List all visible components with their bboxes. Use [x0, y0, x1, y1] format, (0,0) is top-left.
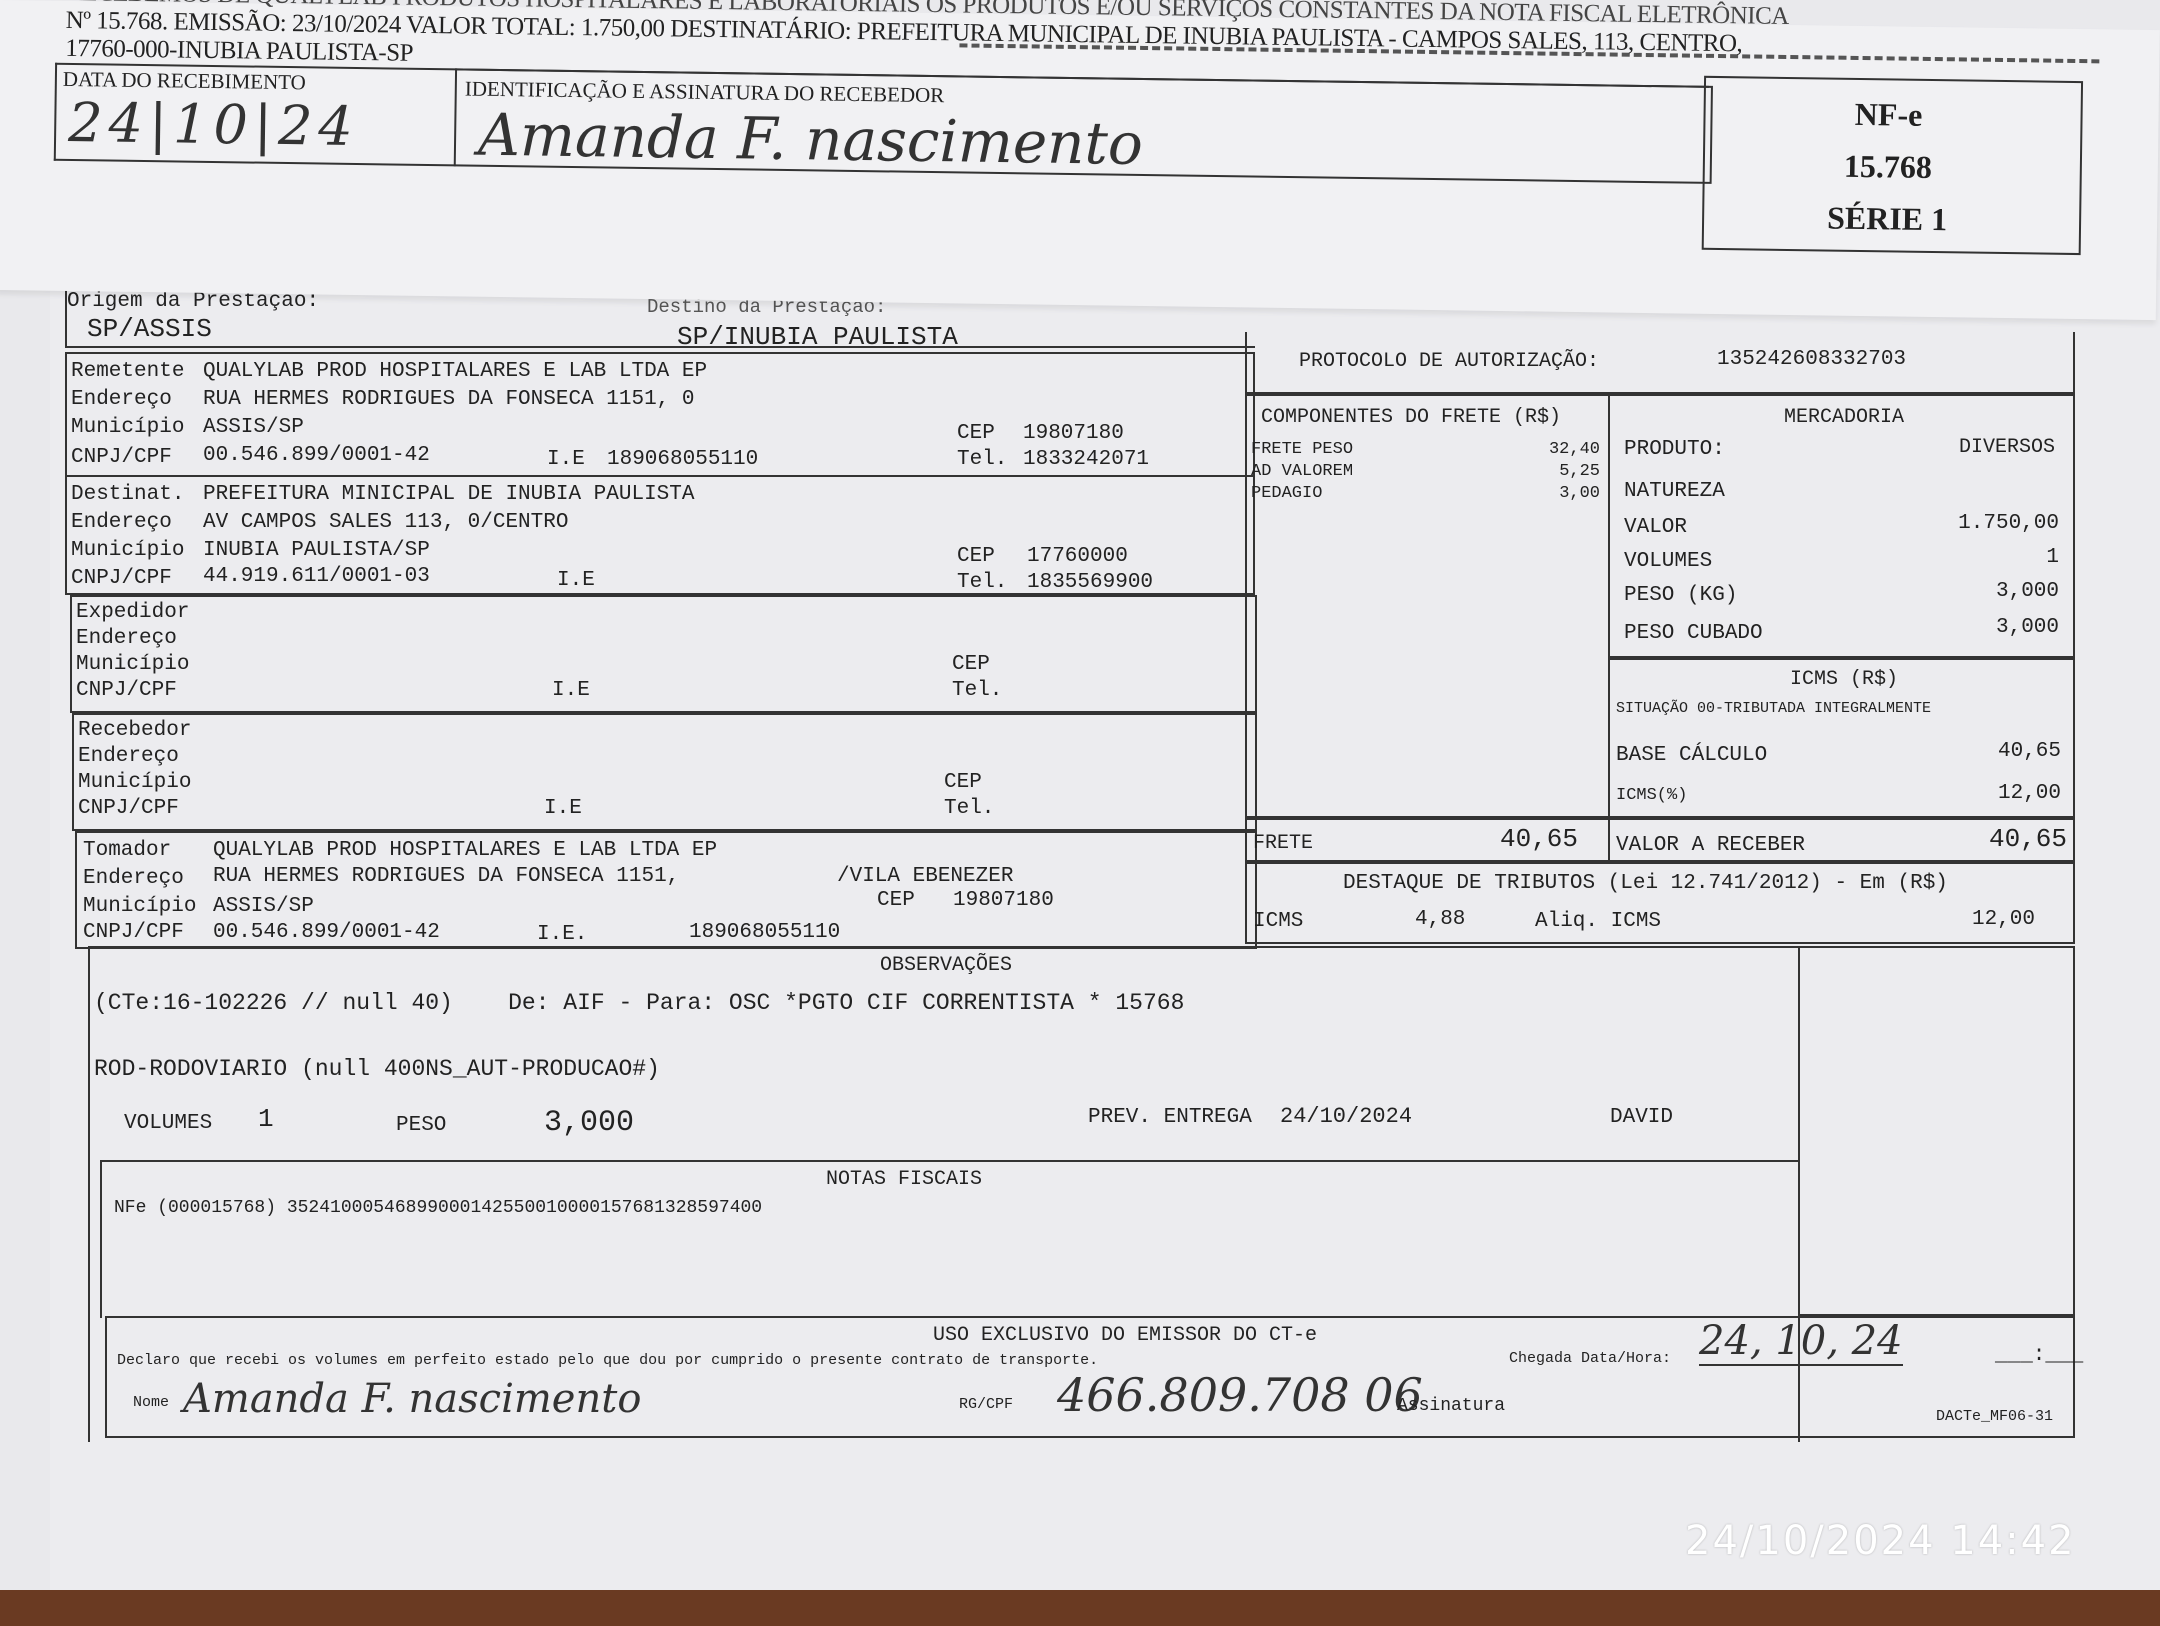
cnpj-label: CNPJ/CPF	[71, 446, 172, 469]
remetente-municipio: ASSIS/SP	[203, 416, 304, 439]
protocolo-value: 135242608332703	[1717, 348, 1906, 371]
nome-label: Nome	[133, 1394, 169, 1411]
protocolo-box: PROTOCOLO DE AUTORIZAÇÃO: 13524260833270…	[1245, 332, 2075, 394]
endereco-label: Endereço	[71, 388, 172, 411]
chegada-label: Chegada Data/Hora:	[1509, 1350, 1671, 1367]
destino-value: SP/INUBIA PAULISTA	[677, 322, 958, 352]
tomador-nome: QUALYLAB PROD HOSPITALARES E LAB LTDA EP	[213, 839, 717, 862]
prev-entrega-label: PREV. ENTREGA	[1088, 1106, 1252, 1129]
component-value: 5,25	[1559, 462, 1600, 481]
observacoes-line-1: (CTe:16-102226 // null 40) De: AIF - Par…	[94, 990, 1184, 1016]
frete-label: FRETE	[1253, 832, 1313, 855]
icms-box: ICMS (R$) SITUAÇÃO 00-TRIBUTADA INTEGRAL…	[1608, 658, 2075, 818]
nfe-identifier: NF-e 15.768 SÉRIE 1	[1707, 86, 2069, 241]
origem-value: SP/ASSIS	[87, 314, 212, 344]
wood-surface	[0, 1590, 2160, 1626]
icms-aliq-value: 12,00	[1998, 782, 2061, 805]
nfe-title: NF-e	[1708, 86, 2069, 143]
tomador-endereco: RUA HERMES RODRIGUES DA FONSECA 1151,	[213, 865, 679, 888]
natureza-label: NATUREZA	[1624, 480, 1725, 503]
tomador-label: Tomador	[83, 839, 171, 862]
emissor-title: USO EXCLUSIVO DO EMISSOR DO CT-e	[933, 1324, 1317, 1347]
observacoes-title: OBSERVAÇÕES	[880, 954, 1012, 977]
receipt-stub: RECEBEMOS DE QUALYLAB PRODUTOS HOSPITALA…	[0, 0, 2160, 320]
dacte-document: Origem da Prestação: SP/ASSIS Destino da…	[50, 280, 2160, 1590]
cep-label: CEP	[877, 889, 915, 912]
component-label: FRETE PESO	[1251, 440, 1353, 459]
destinatario-tel: 1835569900	[1027, 571, 1153, 594]
cnpj-label: CNPJ/CPF	[78, 797, 179, 820]
emissor-box: USO EXCLUSIVO DO EMISSOR DO CT-e Declaro…	[105, 1316, 2075, 1438]
destinatario-label: Destinat.	[71, 483, 184, 506]
remetente-label: Remetente	[71, 360, 184, 383]
produto-label: PRODUTO:	[1624, 438, 1725, 461]
recebedor-label: Recebedor	[78, 719, 191, 742]
tel-label: Tel.	[952, 679, 1002, 702]
remetente-endereco: RUA HERMES RODRIGUES DA FONSECA 1151, 0	[203, 388, 694, 411]
assinatura-label: Assinatura	[1397, 1396, 1505, 1416]
remetente-tel: 1833242071	[1023, 448, 1149, 471]
frete-value: 40,65	[1500, 824, 1578, 854]
volumes-label: VOLUMES	[1624, 550, 1712, 573]
cnpj-label: CNPJ/CPF	[83, 921, 184, 944]
remetente-ie: 189068055110	[607, 448, 758, 471]
volumes-value: 1	[2046, 546, 2059, 569]
notas-box: NOTAS FISCAIS NFe (000015768) 3524100054…	[100, 1160, 1800, 1318]
remetente-cnpj: 00.546.899/0001-42	[203, 444, 430, 467]
rg-value: 466.809.708 06	[1057, 1368, 1423, 1422]
chegada-date-value: 24, 10, 24	[1699, 1318, 1903, 1366]
nfe-serie: SÉRIE 1	[1707, 190, 2068, 247]
municipio-label: Município	[83, 895, 196, 918]
cep-label: CEP	[957, 545, 995, 568]
tomador-cep: 19807180	[953, 889, 1054, 912]
prev-entrega-value: 24/10/2024	[1280, 1104, 1412, 1129]
mercadoria-title: MERCADORIA	[1784, 406, 1904, 429]
destinatario-cnpj: 44.919.611/0001-03	[203, 565, 430, 588]
destinatario-cep: 17760000	[1027, 545, 1128, 568]
receiver-signature: Amanda F. nascimento	[478, 101, 1144, 178]
componentes-title: COMPONENTES DO FRETE (R$)	[1261, 406, 1561, 429]
expedidor-box: Expedidor Endereço Município CNPJ/CPF I.…	[70, 595, 1257, 713]
nfe-number: 15.768	[1708, 138, 2069, 195]
destinatario-endereco: AV CAMPOS SALES 113, 0/CENTRO	[203, 511, 568, 534]
base-calculo-label: BASE CÁLCULO	[1616, 744, 1767, 767]
tributos-box: DESTAQUE DE TRIBUTOS (Lei 12.741/2012) -…	[1245, 862, 2075, 944]
expedidor-label: Expedidor	[76, 601, 189, 624]
tel-label: Tel.	[944, 797, 994, 820]
date-handwritten: 24|10|24	[68, 91, 359, 158]
tributos-aliq-label: Aliq. ICMS	[1535, 910, 1661, 933]
destinatario-box: Destinat. PREFEITURA MINICIPAL DE INUBIA…	[65, 475, 1255, 595]
form-code: DACTe_MF06-31	[1936, 1408, 2053, 1425]
tomador-cnpj: 00.546.899/0001-42	[213, 921, 440, 944]
tomador-ie: 189068055110	[689, 921, 840, 944]
observacoes-line-2: ROD-RODOVIARIO (null 400NS_AUT-PRODUCAO#…	[94, 1056, 660, 1082]
cep-label: CEP	[957, 422, 995, 445]
tomador-bairro: /VILA EBENEZER	[837, 865, 1013, 888]
obs-volumes-label: VOLUMES	[124, 1112, 212, 1135]
municipio-label: Município	[71, 539, 184, 562]
motorista-name: DAVID	[1610, 1106, 1673, 1129]
peso-value: 3,000	[1996, 580, 2059, 603]
protocolo-label: PROTOCOLO DE AUTORIZAÇÃO:	[1299, 350, 1599, 373]
peso-label: PESO (KG)	[1624, 584, 1737, 607]
nome-signature: Amanda F. nascimento	[183, 1376, 641, 1422]
component-label: AD VALOREM	[1251, 462, 1353, 481]
valor-value: 1.750,00	[1958, 512, 2059, 535]
remetente-cep: 19807180	[1023, 422, 1124, 445]
remetente-nome: QUALYLAB PROD HOSPITALARES E LAB LTDA EP	[203, 360, 707, 383]
tributos-icms-value: 4,88	[1415, 908, 1465, 931]
endereco-label: Endereço	[83, 867, 184, 890]
valor-label: VALOR	[1624, 516, 1687, 539]
cnpj-label: CNPJ/CPF	[71, 567, 172, 590]
ie-label: I.E.	[537, 923, 587, 946]
icms-title: ICMS (R$)	[1790, 668, 1898, 691]
component-label: PEDAGIO	[1251, 484, 1322, 503]
ie-label: I.E	[547, 448, 585, 471]
cnpj-label: CNPJ/CPF	[76, 679, 177, 702]
icms-situacao: SITUAÇÃO 00-TRIBUTADA INTEGRALMENTE	[1616, 700, 1931, 717]
ie-label: I.E	[552, 679, 590, 702]
remetente-box: Remetente QUALYLAB PROD HOSPITALARES E L…	[65, 352, 1255, 477]
obs-peso-value: 3,000	[544, 1106, 634, 1140]
produto-value: DIVERSOS	[1959, 436, 2055, 459]
photo-timestamp: 24/10/2024 14:42	[1685, 1518, 2076, 1564]
valor-receber-value: 40,65	[1989, 824, 2067, 854]
componentes-box: COMPONENTES DO FRETE (R$) FRETE PESO 32,…	[1245, 394, 1610, 818]
obs-peso-label: PESO	[396, 1114, 446, 1137]
component-value: 3,00	[1559, 484, 1600, 503]
notas-title: NOTAS FISCAIS	[826, 1168, 982, 1191]
chegada-hora-field: ___:___	[1995, 1344, 2083, 1367]
destinatario-municipio: INUBIA PAULISTA/SP	[203, 539, 430, 562]
tomador-municipio: ASSIS/SP	[213, 895, 314, 918]
municipio-label: Município	[78, 771, 191, 794]
icms-aliq-label: ICMS(%)	[1616, 786, 1687, 805]
tel-label: Tel.	[957, 448, 1007, 471]
rg-label: RG/CPF	[959, 1396, 1013, 1413]
endereco-label: Endereço	[76, 627, 177, 650]
cep-label: CEP	[952, 653, 990, 676]
base-calculo-value: 40,65	[1998, 740, 2061, 763]
tributos-icms-label: ICMS	[1253, 910, 1303, 933]
ie-label: I.E	[544, 797, 582, 820]
nfe-reference: NFe (000015768) 352410005468990001425500…	[114, 1198, 762, 1218]
peso-cubado-label: PESO CUBADO	[1624, 622, 1763, 645]
component-value: 32,40	[1549, 440, 1600, 459]
ie-label: I.E	[557, 569, 595, 592]
tributos-aliq-value: 12,00	[1972, 908, 2035, 931]
obs-volumes-value: 1	[258, 1104, 274, 1134]
municipio-label: Município	[71, 416, 184, 439]
cep-label: CEP	[944, 771, 982, 794]
endereco-label: Endereço	[71, 511, 172, 534]
tomador-box: Tomador QUALYLAB PROD HOSPITALARES E LAB…	[75, 831, 1257, 949]
tributos-title: DESTAQUE DE TRIBUTOS (Lei 12.741/2012) -…	[1343, 872, 1948, 895]
peso-cubado-value: 3,000	[1996, 616, 2059, 639]
endereco-label: Endereço	[78, 745, 179, 768]
tel-label: Tel.	[957, 571, 1007, 594]
observacoes-side-box	[1800, 946, 2075, 1316]
mercadoria-box: MERCADORIA PRODUTO: DIVERSOS NATUREZA VA…	[1608, 394, 2075, 658]
valor-receber-box: VALOR A RECEBER 40,65	[1608, 818, 2075, 862]
declaracao-text: Declaro que recebi os volumes em perfeit…	[117, 1352, 1098, 1369]
frete-total-box: FRETE 40,65	[1245, 818, 1610, 862]
valor-receber-label: VALOR A RECEBER	[1616, 834, 1805, 857]
municipio-label: Município	[76, 653, 189, 676]
destinatario-nome: PREFEITURA MINICIPAL DE INUBIA PAULISTA	[203, 483, 694, 506]
recebedor-box: Recebedor Endereço Município CNPJ/CPF I.…	[72, 713, 1257, 831]
